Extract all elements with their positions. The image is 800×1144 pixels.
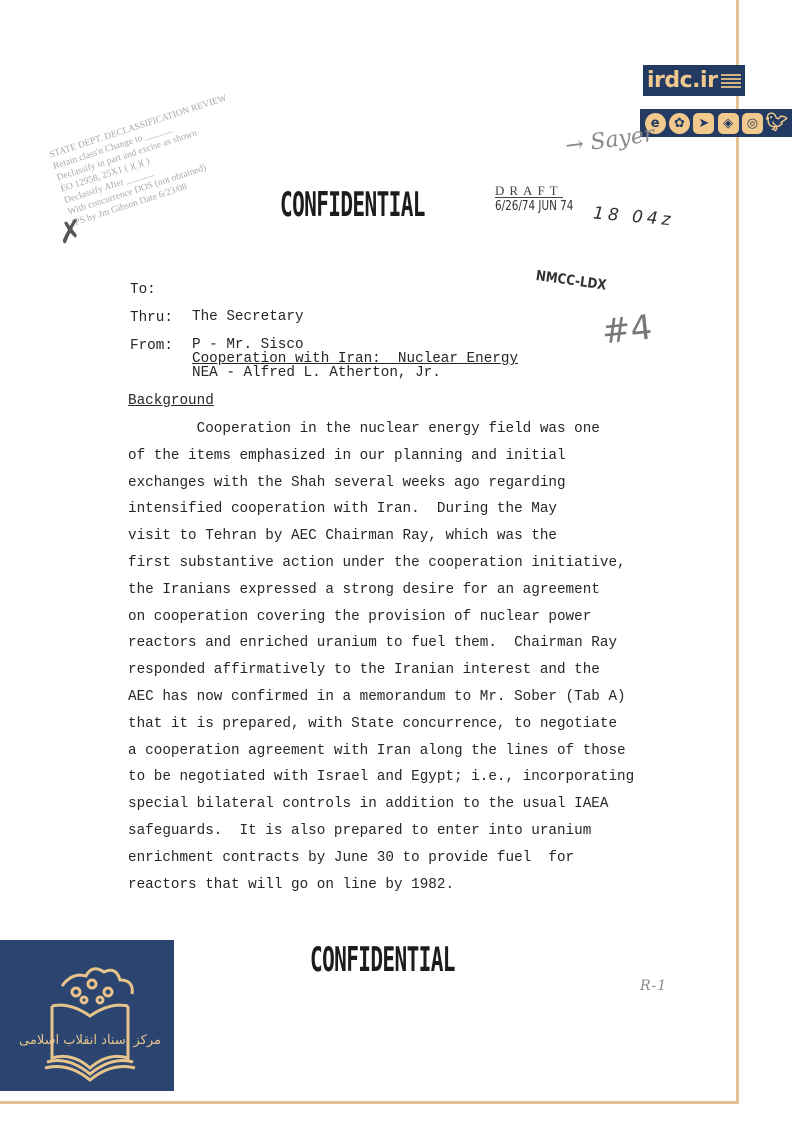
- memo-body-line: of the items emphasized in our planning …: [128, 443, 634, 470]
- date-time-group: 18 04z: [592, 203, 675, 230]
- classification-stamp-top: CONFIDENTIAL: [280, 185, 425, 225]
- memo-body: Cooperation in the nuclear energy field …: [128, 416, 634, 898]
- site-badge[interactable]: irdc.ir: [643, 65, 745, 96]
- section-heading: Background: [128, 388, 214, 415]
- memo-body-line: safeguards. It is also prepared to enter…: [128, 818, 634, 845]
- site-name: irdc.ir: [647, 70, 717, 92]
- memo-body-line: special bilateral controls in addition t…: [128, 791, 634, 818]
- declassification-stamp: STATE DEPT. DECLASSIFICATION REVIEW Reta…: [48, 73, 312, 230]
- frame-border-bottom: [0, 1101, 739, 1104]
- memo-body-line: visit to Tehran by AEC Chairman Ray, whi…: [128, 523, 634, 550]
- soroush-icon[interactable]: ◈: [718, 113, 739, 134]
- from-label: From:: [130, 333, 173, 360]
- book-emblem-icon: مرکز اسناد انقلاب اسلامی: [0, 940, 174, 1091]
- classification-stamp-bottom: CONFIDENTIAL: [310, 940, 455, 980]
- memo-body-line: on cooperation covering the provision of…: [128, 604, 634, 631]
- to-label: To:: [130, 277, 156, 304]
- memo-from-row: From: NEA - Alfred L. Atherton, Jr.: [0, 306, 17, 388]
- frame-border-right: [736, 0, 739, 1104]
- memo-body-line: intensified cooperation with Iran. Durin…: [128, 496, 634, 523]
- handwritten-number: #4: [600, 307, 654, 352]
- memo-body-line: AEC has now confirmed in a memorandum to…: [128, 684, 634, 711]
- memo-body-line: that it is prepared, with State concurre…: [128, 711, 634, 738]
- svg-text:مرکز اسناد انقلاب اسلامی: مرکز اسناد انقلاب اسلامی: [19, 1033, 161, 1048]
- memo-body-line: exchanges with the Shah several weeks ag…: [128, 470, 634, 497]
- draft-label: DRAFT: [495, 184, 563, 198]
- memo-body-line: reactors and enriched uranium to fuel th…: [128, 630, 634, 657]
- routing-stamp: NMCC-LDX: [535, 268, 608, 294]
- telegram-icon[interactable]: ➤: [693, 113, 714, 134]
- instagram-icon[interactable]: ◎: [742, 113, 763, 134]
- archive-logo: مرکز اسناد انقلاب اسلامی: [0, 940, 174, 1091]
- memo-body-line: responded affirmatively to the Iranian i…: [128, 657, 634, 684]
- to-value: The Secretary: [192, 304, 304, 331]
- page-marker: R-1: [640, 978, 667, 994]
- memo-body-line: Cooperation in the nuclear energy field …: [128, 416, 634, 443]
- memo-body-line: a cooperation agreement with Iran along …: [128, 738, 634, 765]
- handwritten-signature: → Sayer: [564, 122, 656, 159]
- memo-body-line: first substantive action under the coope…: [128, 550, 634, 577]
- memo-body-line: the Iranians expressed a strong desire f…: [128, 577, 634, 604]
- social-links-bar: e ✿ ➤ ◈ ◎ 🐦︎: [640, 109, 792, 137]
- thru-label: Thru:: [130, 305, 173, 332]
- memo-body-line: reactors that will go on line by 1982.: [128, 872, 634, 899]
- twitter-icon[interactable]: 🐦︎: [766, 113, 787, 134]
- memo-subject: Cooperation with Iran: Nuclear Energy: [192, 346, 518, 373]
- draft-stamp: DRAFT 6/26/74 JUN 74: [495, 182, 593, 214]
- draft-date: 6/26/74 JUN 74: [495, 199, 573, 214]
- memo-body-line: enrichment contracts by June 30 to provi…: [128, 845, 634, 872]
- aparat-icon[interactable]: ✿: [669, 113, 690, 134]
- memo-body-line: to be negotiated with Israel and Egypt; …: [128, 764, 634, 791]
- site-subtitle-glyphs: [721, 74, 741, 88]
